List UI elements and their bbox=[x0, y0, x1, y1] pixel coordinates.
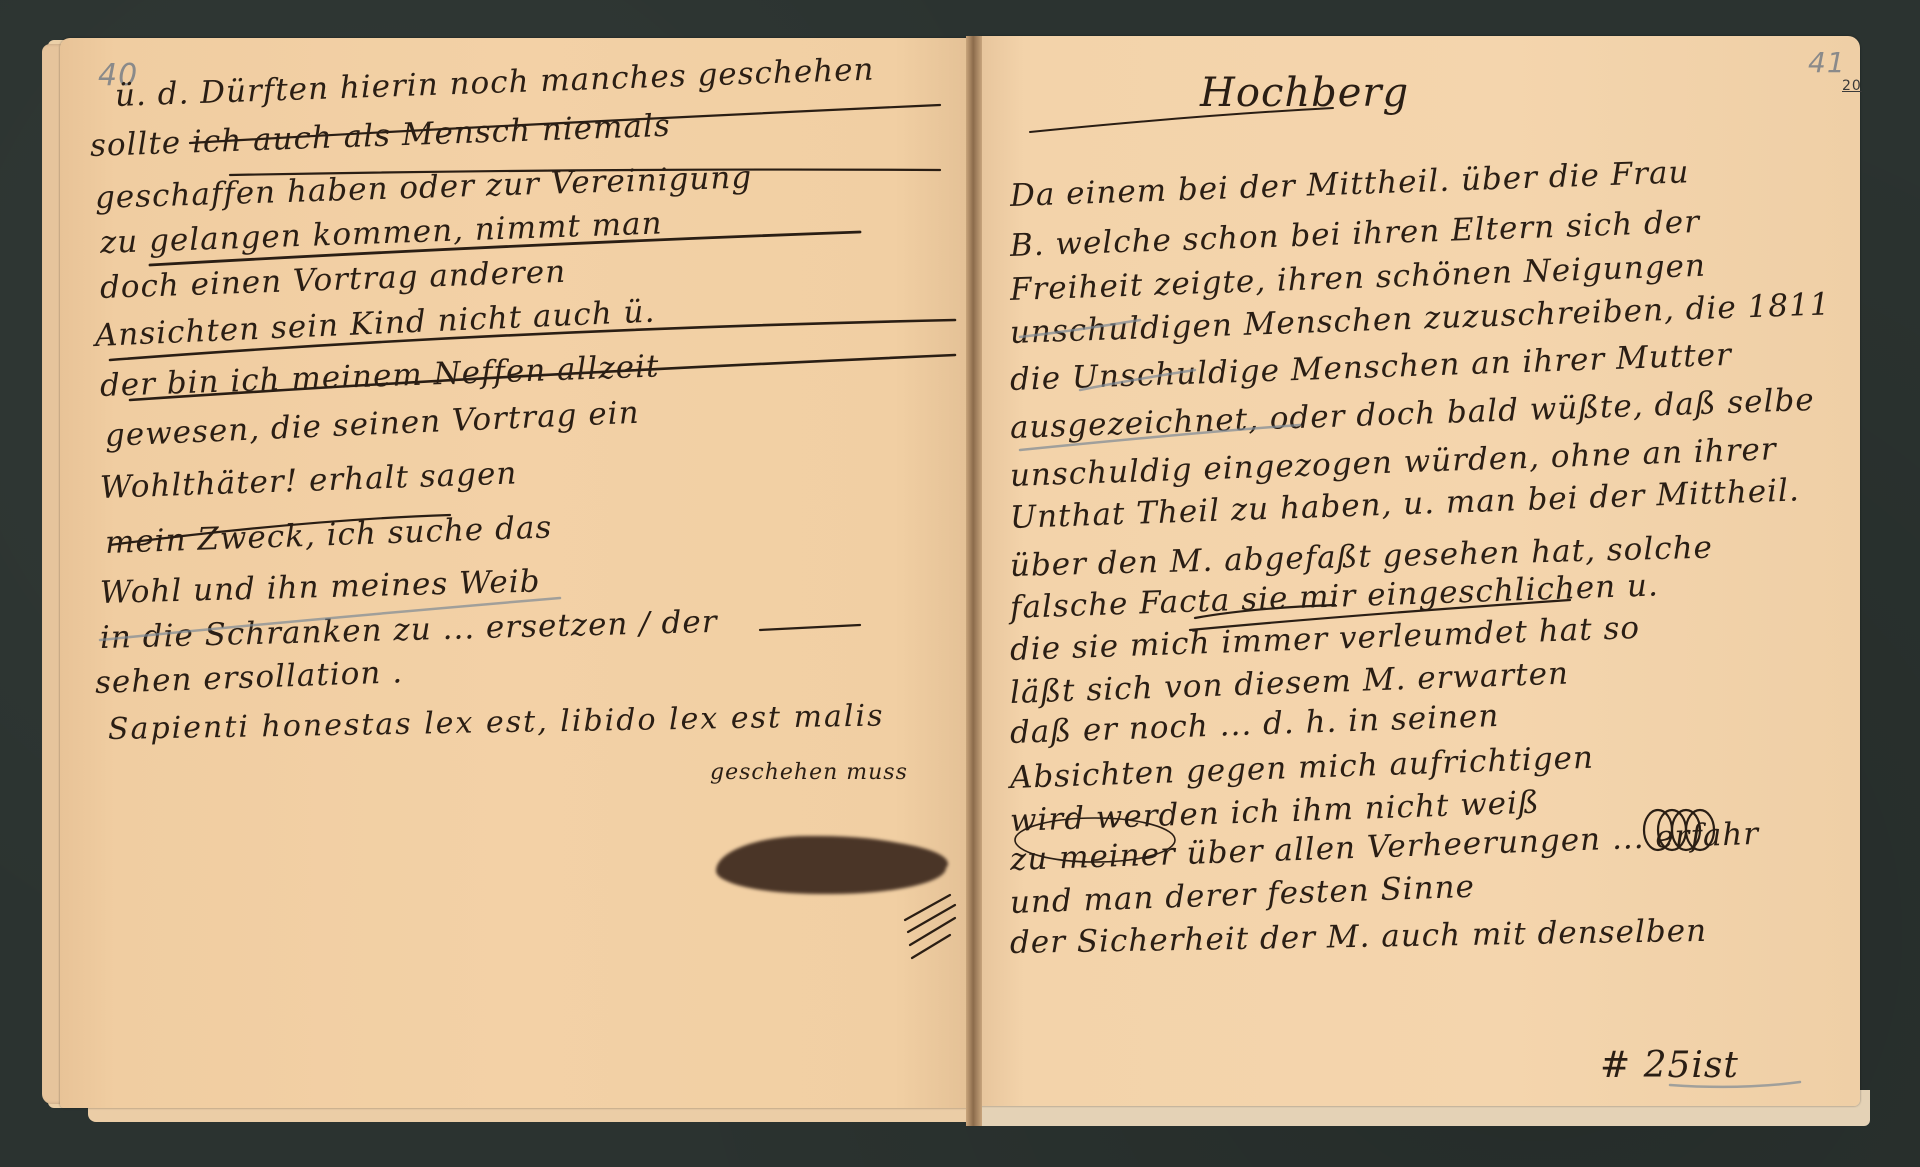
right-folio-number: 41 bbox=[1808, 46, 1846, 79]
right-page-heading: Hochberg bbox=[1200, 70, 1409, 116]
footer-note: # 25ist bbox=[1600, 1045, 1739, 1086]
book-gutter bbox=[966, 36, 982, 1126]
right-secondary-number: 20 bbox=[1842, 78, 1862, 94]
left-signature-line: geschehen muss bbox=[710, 760, 908, 785]
